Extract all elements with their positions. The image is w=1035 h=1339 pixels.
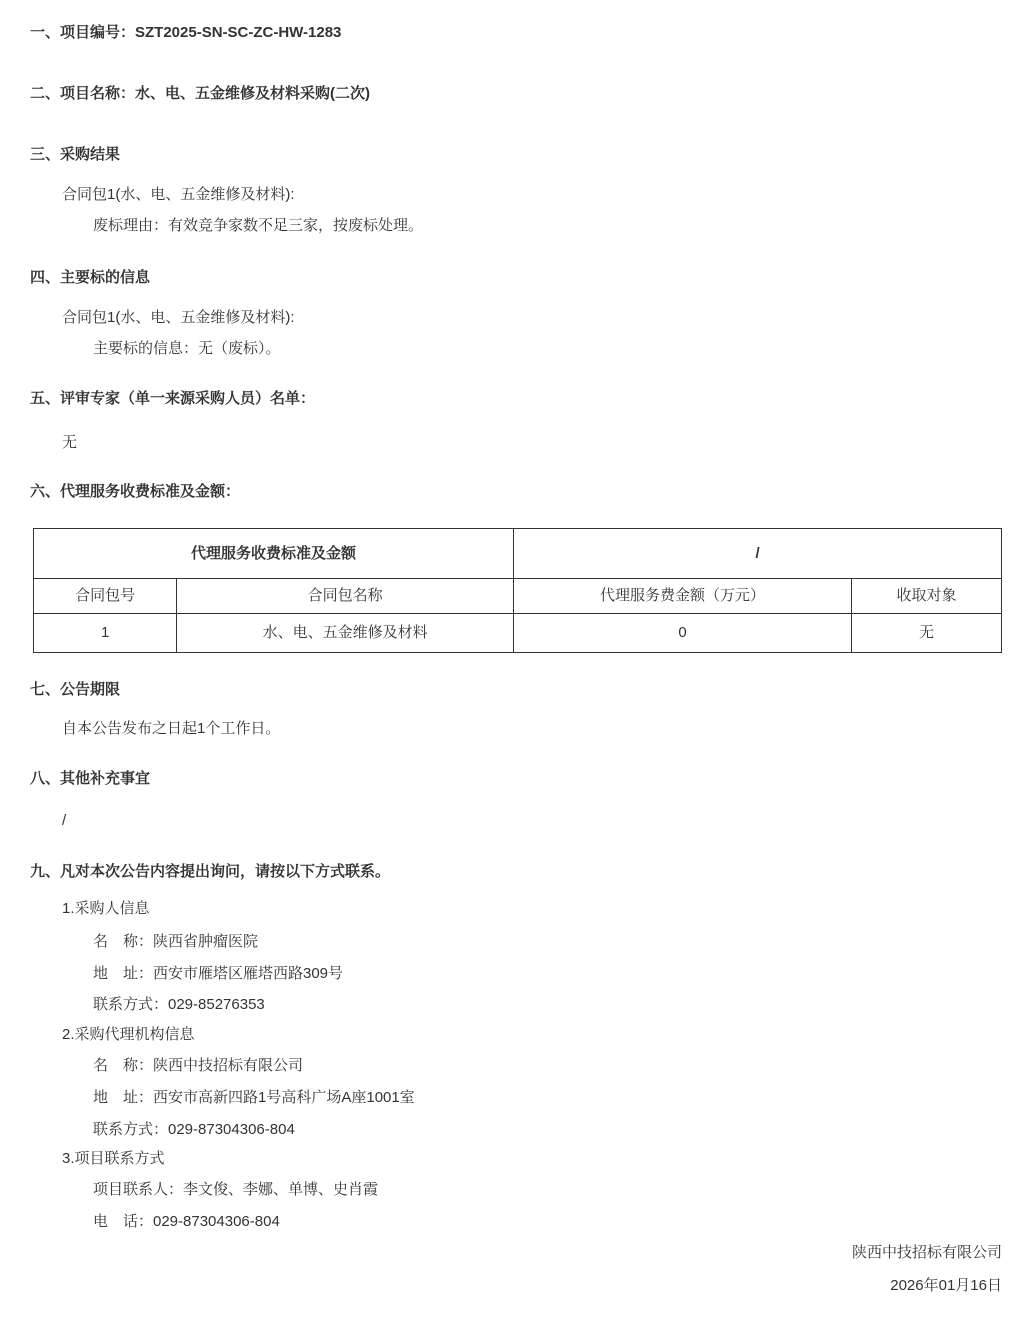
purchaser-name: 名 称：陕西省肿瘤医院	[0, 932, 1035, 952]
fee-cell-fee-amount: 0	[514, 614, 852, 653]
fee-table-col-package-no: 合同包号	[34, 579, 177, 614]
section-5-value: 无	[0, 433, 1035, 453]
purchaser-info-title: 1.采购人信息	[0, 899, 1035, 919]
project-contact-title: 3.项目联系方式	[0, 1149, 1035, 1169]
fee-table-merged-header-row: 代理服务收费标准及金额 /	[34, 529, 1002, 579]
section-7-heading: 七、公告期限	[0, 680, 1035, 700]
fee-cell-package-name: 水、电、五金维修及材料	[177, 614, 514, 653]
agency-fee-table: 代理服务收费标准及金额 / 合同包号 合同包名称 代理服务费金额（万元） 收取对…	[33, 528, 1002, 653]
section-5-heading: 五、评审专家（单一来源采购人员）名单：	[0, 389, 1035, 409]
section-4-info-line: 主要标的信息：无（废标）。	[0, 339, 1035, 359]
section-9-heading: 九、凡对本次公告内容提出询问，请按以下方式联系。	[0, 862, 1035, 882]
signature-company: 陕西中技招标有限公司	[0, 1243, 1035, 1263]
agency-info-title: 2.采购代理机构信息	[0, 1025, 1035, 1045]
fee-table-data-row: 1 水、电、五金维修及材料 0 无	[34, 614, 1002, 653]
section-2-heading: 二、项目名称：水、电、五金维修及材料采购(二次)	[0, 84, 1035, 104]
fee-cell-package-no: 1	[34, 614, 177, 653]
section-3-package-line: 合同包1(水、电、五金维修及材料):	[0, 185, 1035, 205]
section-8-heading: 八、其他补充事宜	[0, 769, 1035, 789]
section-8-value: /	[0, 811, 1035, 831]
section-1-heading: 一、项目编号：SZT2025-SN-SC-ZC-HW-1283	[0, 23, 1035, 43]
purchaser-contact: 联系方式：029-85276353	[0, 995, 1035, 1015]
project-contact-phone: 电 话：029-87304306-804	[0, 1212, 1035, 1232]
section-4-package-line: 合同包1(水、电、五金维修及材料):	[0, 308, 1035, 328]
fee-table-col-charged-party: 收取对象	[851, 579, 1001, 614]
fee-cell-charged-party: 无	[851, 614, 1001, 653]
section-3-heading: 三、采购结果	[0, 145, 1035, 165]
section-3-reason-line: 废标理由：有效竞争家数不足三家，按废标处理。	[0, 216, 1035, 236]
fee-table-merged-header-value: /	[514, 529, 1002, 579]
fee-table-column-header-row: 合同包号 合同包名称 代理服务费金额（万元） 收取对象	[34, 579, 1002, 614]
section-7-detail: 自本公告发布之日起1个工作日。	[0, 719, 1035, 739]
purchaser-address: 地 址：西安市雁塔区雁塔西路309号	[0, 964, 1035, 984]
agency-name: 名 称：陕西中技招标有限公司	[0, 1056, 1035, 1076]
signature-date: 2026年01月16日	[0, 1276, 1035, 1296]
fee-table-col-fee-amount: 代理服务费金额（万元）	[514, 579, 852, 614]
agency-contact: 联系方式：029-87304306-804	[0, 1120, 1035, 1140]
section-4-heading: 四、主要标的信息	[0, 268, 1035, 288]
project-contact-persons: 项目联系人：李文俊、李娜、单博、史肖霞	[0, 1180, 1035, 1200]
agency-address: 地 址：西安市高新四路1号高科广场A座1001室	[0, 1088, 1035, 1108]
section-6-heading: 六、代理服务收费标准及金额：	[0, 482, 1035, 502]
announcement-page: 一、项目编号：SZT2025-SN-SC-ZC-HW-1283 二、项目名称：水…	[0, 0, 1035, 1339]
fee-table-merged-header-label: 代理服务收费标准及金额	[34, 529, 514, 579]
fee-table-col-package-name: 合同包名称	[177, 579, 514, 614]
